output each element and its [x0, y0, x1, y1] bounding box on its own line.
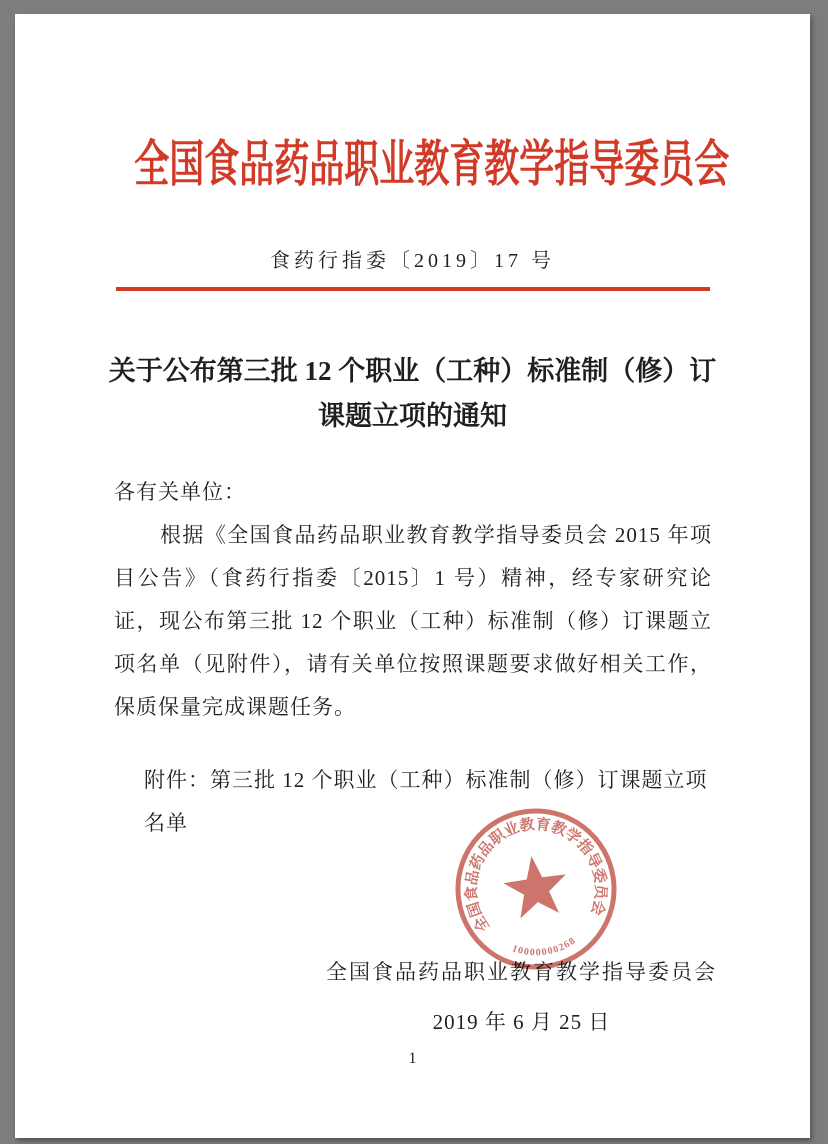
attachment-line: 附件：第三批 12 个职业（工种）标准制（修）订课题立项名单: [114, 759, 712, 845]
document-title: 关于公布第三批 12 个职业（工种）标准制（修）订 课题立项的通知: [15, 349, 810, 439]
body-paragraph: 根据《全国食品药品职业教育教学指导委员会 2015 年项目公告》（食药行指委〔2…: [114, 514, 712, 729]
document-body: 各有关单位： 根据《全国食品药品职业教育教学指导委员会 2015 年项目公告》（…: [114, 471, 712, 845]
document-page: 全国食品药品职业教育教学指导委员会 食药行指委〔2019〕17 号 关于公布第三…: [15, 14, 810, 1138]
document-number: 食药行指委〔2019〕17 号: [15, 248, 810, 274]
salutation-line: 各有关单位：: [114, 471, 712, 514]
signature-org-name: 全国食品药品职业教育教学指导委员会: [326, 955, 717, 989]
red-divider-line: [116, 287, 710, 291]
page-number: 1: [15, 1050, 810, 1068]
signature-date: 2019 年 6 月 25 日: [326, 1005, 717, 1039]
document-title-line1: 关于公布第三批 12 个职业（工种）标准制（修）订: [109, 356, 717, 386]
signature-inner: 全国食品药品职业教育教学指导委员会 2019 年 6 月 25 日: [326, 955, 717, 1039]
document-header-org-title: 全国食品药品职业教育教学指导委员会: [134, 136, 691, 192]
seal-star-icon: [500, 852, 571, 920]
signature-block: 全国食品药品职业教育教学指导委员会 2019 年 6 月 25 日: [15, 955, 810, 1039]
document-title-line2: 课题立项的通知: [318, 401, 507, 431]
